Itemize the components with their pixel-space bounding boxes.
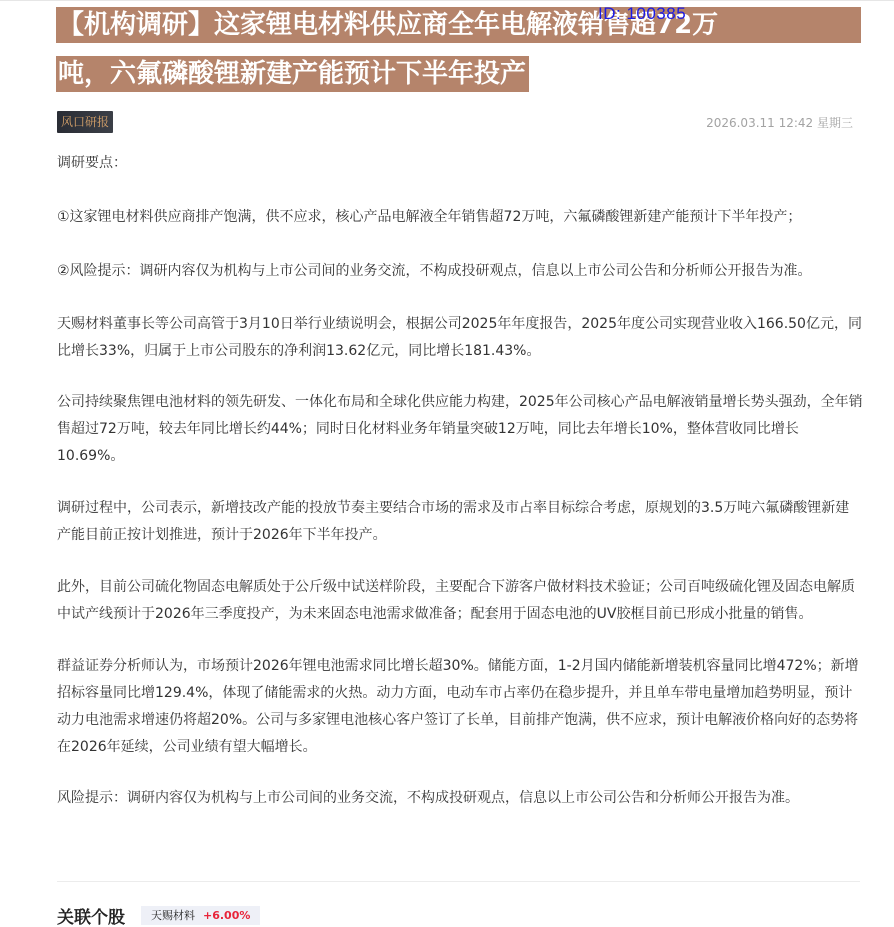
related-stocks: 关联个股 天赐材料 +6.00%: [57, 903, 260, 927]
article-body: 调研要点： ①这家锂电材料供应商排产饱满，供不应求，核心产品电解液全年销售超72…: [57, 150, 863, 812]
stock-name: 天赐材料: [151, 907, 195, 923]
paragraph-earnings: 天赐材料董事长等公司高管于3月10日举行业绩说明会，根据公司2025年年度报告，…: [57, 311, 863, 365]
paragraph-capacity: 调研过程中，公司表示，新增技改产能的投放节奏主要结合市场的需求及市占率目标综合考…: [57, 495, 863, 549]
paragraph-key-point-1: ①这家锂电材料供应商排产饱满，供不应求，核心产品电解液全年销售超72万吨，六氟磷…: [57, 204, 863, 231]
paragraph-risk-notice: 风险提示：调研内容仅为机构与上市公司间的业务交流，不构成投研观点，信息以上市公司…: [57, 785, 863, 812]
paragraph-business: 公司持续聚焦锂电池材料的领先研发、一体化布局和全球化供应能力构建，2025年公司…: [57, 389, 863, 470]
id-overlay-label: ID: 100385: [598, 4, 686, 24]
section-divider: [57, 881, 860, 882]
article-title: 【机构调研】这家锂电材料供应商全年电解液销售超72万 吨，六氟磷酸锂新建产能预计…: [56, 7, 866, 105]
article-title-line-2: 吨，六氟磷酸锂新建产能预计下半年投产: [56, 56, 529, 92]
paragraph-key-points-heading: 调研要点：: [57, 150, 863, 177]
article-meta: 风口研报 2026.03.11 12:42 星期三: [57, 111, 853, 133]
source-tag[interactable]: 风口研报: [57, 111, 113, 133]
paragraph-solid-state: 此外，目前公司硫化物固态电解质处于公斤级中试送样阶段，主要配合下游客户做材料技术…: [57, 574, 863, 628]
publish-datetime: 2026.03.11 12:42 星期三: [706, 114, 853, 131]
stock-change: +6.00%: [203, 909, 250, 922]
top-border: [0, 0, 894, 1]
related-stocks-title: 关联个股: [57, 903, 125, 927]
paragraph-key-point-2: ②风险提示：调研内容仅为机构与上市公司间的业务交流，不构成投研观点，信息以上市公…: [57, 258, 863, 285]
article-title-line-1: 【机构调研】这家锂电材料供应商全年电解液销售超72万: [56, 7, 861, 43]
stock-chip[interactable]: 天赐材料 +6.00%: [141, 906, 260, 925]
paragraph-analyst: 群益证券分析师认为，市场预计2026年锂电池需求同比增长超30%。储能方面，1-…: [57, 653, 863, 761]
